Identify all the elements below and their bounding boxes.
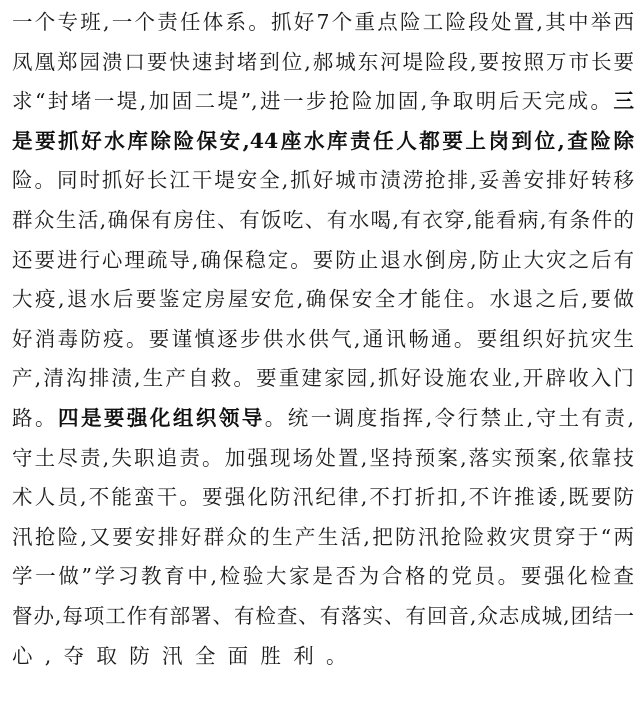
text-segment: 路。 [12,406,58,430]
text-segment: 术人员,不能蛮干。要强化防汛纪律,不打折扣,不许推诿,既要防 [12,485,634,509]
bold-heading-segment: 是要抓好水库除险保安,44座水库责任人都要上岗到位,查险除 [12,129,634,153]
text-segment: 大疫,退水后要鉴定房屋安危,确保安全才能住。水退之后,要做 [12,287,634,311]
text-line-12: 守土尽责,失职追责。加强现场处置,坚持预案,落实预案,依靠技 [12,439,634,479]
text-segment: 群众生活,确保有房住、有饭吃、有水喝,有衣穿,能看病,有条件的 [12,208,634,232]
text-line-13: 术人员,不能蛮干。要强化防汛纪律,不打折扣,不许推诿,既要防 [12,478,634,518]
text-line-4: 是要抓好水库除险保安,44座水库责任人都要上岗到位,查险除 [12,122,634,162]
text-segment: 汛抢险,又要安排好群众的生产生活,把防汛抢险救灾贯穿于“两 [12,525,634,549]
text-segment: 守土尽责,失职追责。加强现场处置,坚持预案,落实预案,依靠技 [12,446,634,470]
text-line-1: 一个专班,一个责任体系。抓好7个重点险工险段处置,其中举西 [12,3,634,43]
text-line-16: 督办,每项工作有部署、有检查、有落实、有回音,众志成城,团结一 [12,597,634,637]
text-line-5: 险。同时抓好长江干堤安全,抓好城市渍涝抢排,妥善安排好转移 [12,161,634,201]
text-line-7: 还要进行心理疏导,确保稳定。要防止退水倒房,防止大灾之后有 [12,241,634,281]
text-segment: 督办,每项工作有部署、有检查、有落实、有回音,众志成城,团结一 [12,604,634,628]
text-segment: 险。同时抓好长江干堤安全,抓好城市渍涝抢排,妥善安排好转移 [12,168,634,192]
text-line-8: 大疫,退水后要鉴定房屋安危,确保安全才能住。水退之后,要做 [12,280,634,320]
text-segment: 凤凰郑园溃口要快速封堵到位,郝城东河堤险段,要按照万市长要 [12,50,634,74]
text-segment: 还要进行心理疏导,确保稳定。要防止退水倒房,防止大灾之后有 [12,248,634,272]
text-segment: 求“封堵一堤,加固二堤”,进一步抢险加固,争取明后天完成。 [12,89,614,113]
text-line-10: 产,清沟排渍,生产自救。要重建家园,抓好设施农业,开辟收入门 [12,359,634,399]
text-line-17: 心,夺取防汛全面胜利。 [12,637,634,677]
text-line-6: 群众生活,确保有房住、有饭吃、有水喝,有衣穿,能看病,有条件的 [12,201,634,241]
text-line-11: 路。四是要强化组织领导。统一调度指挥,令行禁止,守土有责, [12,399,634,439]
text-line-15: 学一做”学习教育中,检验大家是否为合格的党员。要强化检查 [12,557,634,597]
text-line-3: 求“封堵一堤,加固二堤”,进一步抢险加固,争取明后天完成。三 [12,82,634,122]
text-segment: 一个专班,一个责任体系。抓好7个重点险工险段处置,其中举西 [12,10,634,34]
document-body: 一个专班,一个责任体系。抓好7个重点险工险段处置,其中举西 凤凰郑园溃口要快速封… [12,3,634,676]
text-segment: 好消毒防疫。要谨慎逐步供水供气,通讯畅通。要组织好抗灾生 [12,327,634,351]
text-line-9: 好消毒防疫。要谨慎逐步供水供气,通讯畅通。要组织好抗灾生 [12,320,634,360]
text-segment: 学一做”学习教育中,检验大家是否为合格的党员。要强化检查 [12,564,634,588]
text-segment: 。统一调度指挥,令行禁止,守土有责, [265,406,634,430]
text-segment: 心,夺取防汛全面胜利。 [12,644,359,668]
text-line-14: 汛抢险,又要安排好群众的生产生活,把防汛抢险救灾贯穿于“两 [12,518,634,558]
text-segment: 产,清沟排渍,生产自救。要重建家园,抓好设施农业,开辟收入门 [12,366,634,390]
text-line-2: 凤凰郑园溃口要快速封堵到位,郝城东河堤险段,要按照万市长要 [12,43,634,83]
bold-heading-segment: 四是要强化组织领导 [58,406,265,430]
bold-heading-segment: 三 [614,89,635,113]
